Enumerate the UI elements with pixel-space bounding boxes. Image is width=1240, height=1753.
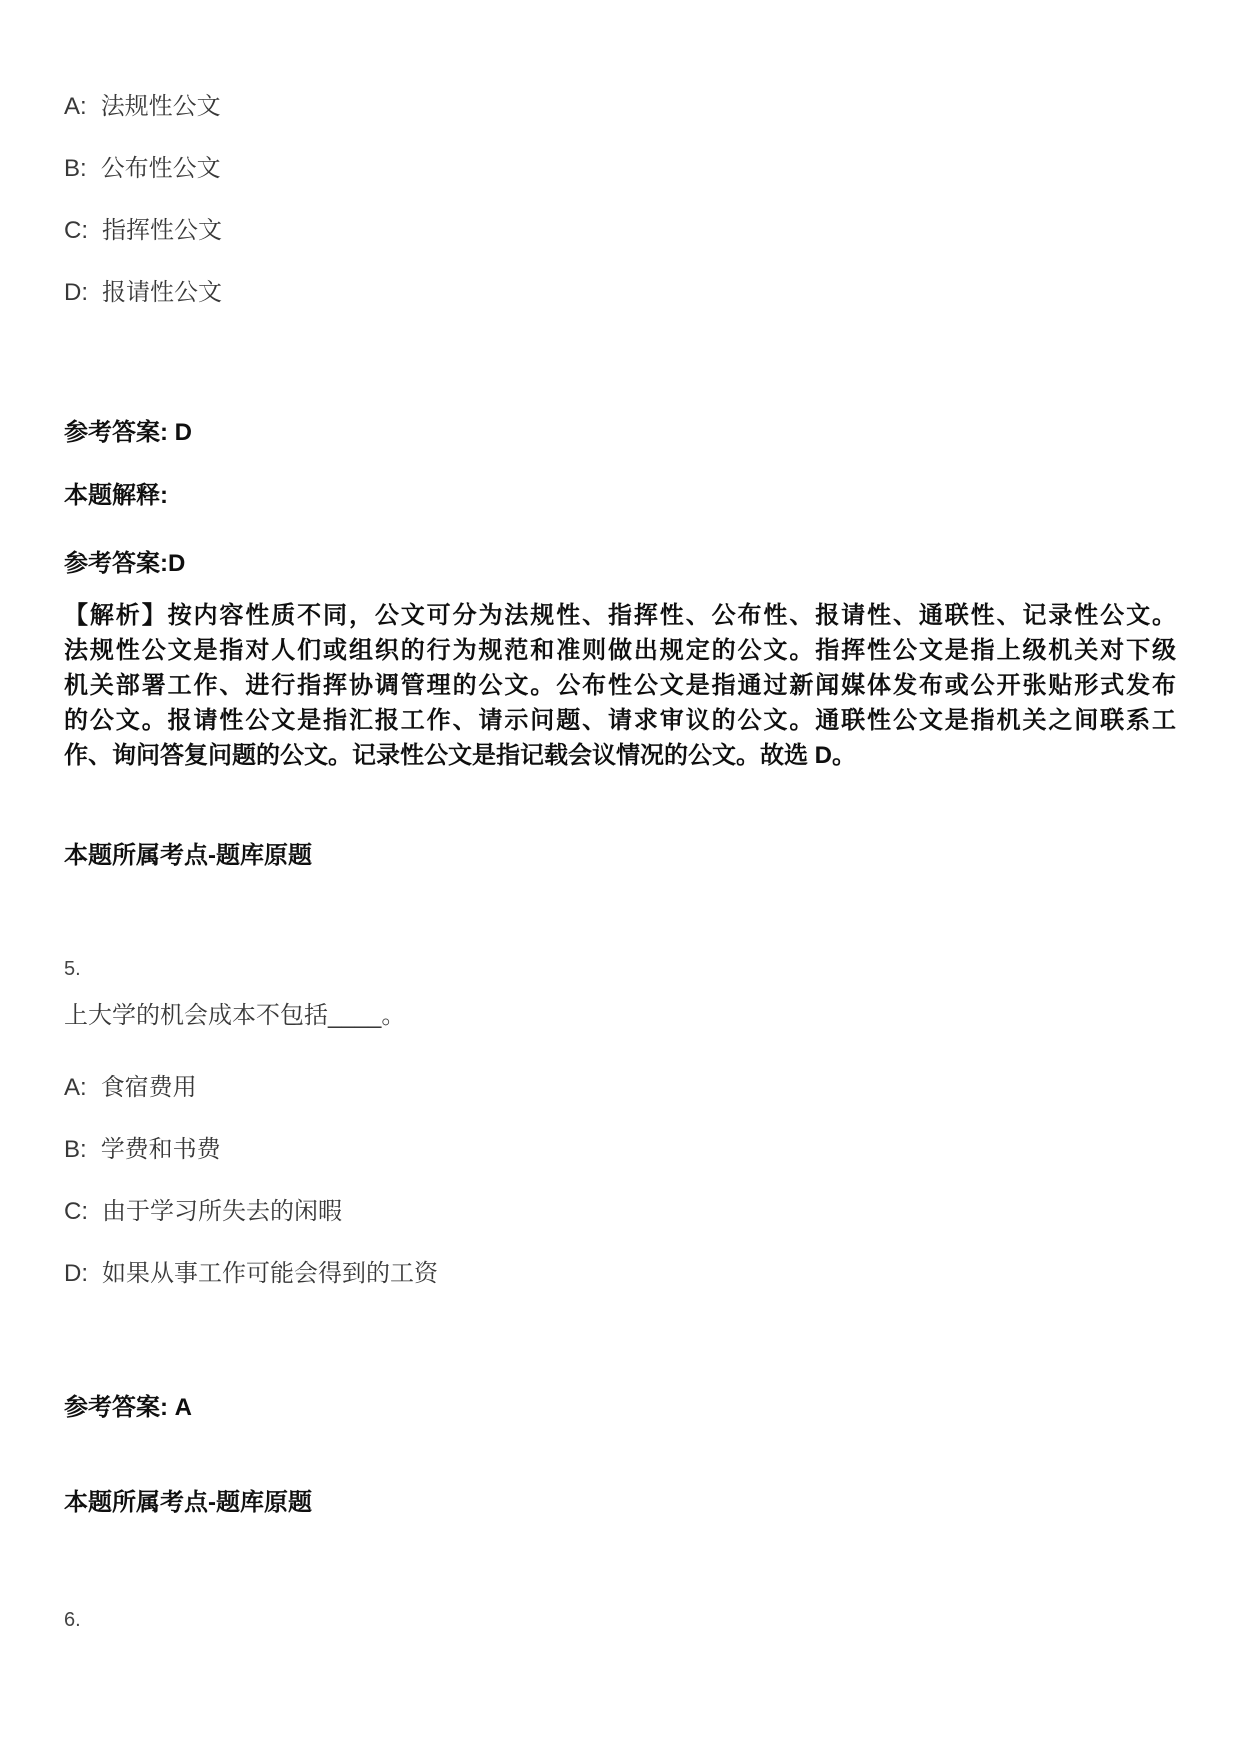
option-a-letter: A: [64, 1074, 87, 1101]
reference-answer-line: 参考答案: D [64, 418, 1176, 448]
option-a-text: 食宿费用 [101, 1074, 197, 1101]
option-a-text: 法规性公文 [101, 93, 221, 120]
section-label: 本题所属考点-题库原题 [64, 841, 1176, 871]
analysis-line-2: 法规性公文是指对人们或组织的行为规范和准则做出规定的公文。指挥性公文是指上级机关… [64, 633, 1176, 668]
question-4-options: A:法规性公文 B:公布性公文 C:指挥性公文 D:报请性公文 [64, 92, 1176, 308]
option-b-letter: B: [64, 1136, 87, 1163]
question-4-block: A:法规性公文 B:公布性公文 C:指挥性公文 D:报请性公文 参考答案: D … [64, 92, 1176, 871]
option-c-letter: C: [64, 1198, 88, 1225]
analysis-line-3: 机关部署工作、进行指挥协调管理的公文。公布性公文是指通过新闻媒体发布或公开张贴形… [64, 668, 1176, 703]
option-b: B:公布性公文 [64, 154, 1176, 184]
analysis-line-1: 【解析】按内容性质不同，公文可分为法规性、指挥性、公布性、报请性、通联性、记录性… [64, 598, 1176, 633]
option-d-text: 如果从事工作可能会得到的工资 [102, 1260, 438, 1287]
option-d: D:如果从事工作可能会得到的工资 [64, 1259, 1176, 1289]
option-c-text: 指挥性公文 [102, 217, 222, 244]
option-c-letter: C: [64, 217, 88, 244]
option-b-text: 公布性公文 [101, 155, 221, 182]
option-b-text: 学费和书费 [101, 1136, 221, 1163]
analysis-paragraph: 【解析】按内容性质不同，公文可分为法规性、指挥性、公布性、报请性、通联性、记录性… [64, 598, 1176, 773]
option-c: C:指挥性公文 [64, 216, 1176, 246]
section-label: 本题所属考点-题库原题 [64, 1488, 1176, 1518]
reference-answer-line: 参考答案: A [64, 1393, 1176, 1423]
question-5-options: A:食宿费用 B:学费和书费 C:由于学习所失去的闲暇 D:如果从事工作可能会得… [64, 1073, 1176, 1289]
option-d-text: 报请性公文 [102, 279, 222, 306]
option-d: D:报请性公文 [64, 278, 1176, 308]
reference-answer-repeat: 参考答案:D [64, 549, 1176, 579]
question-number: 5. [64, 957, 1176, 981]
explanation-label: 本题解释: [64, 481, 1176, 511]
analysis-line-4: 的公文。报请性公文是指汇报工作、请示问题、请求审议的公文。通联性公文是指机关之间… [64, 703, 1176, 738]
question-text: 上大学的机会成本不包括____。 [64, 1001, 1176, 1031]
question-5-block: 5. 上大学的机会成本不包括____。 A:食宿费用 B:学费和书费 C:由于学… [64, 957, 1176, 1518]
document-page: A:法规性公文 B:公布性公文 C:指挥性公文 D:报请性公文 参考答案: D … [0, 0, 1240, 1753]
option-c-text: 由于学习所失去的闲暇 [102, 1198, 342, 1225]
option-d-letter: D: [64, 279, 88, 306]
analysis-line-5: 作、询问答复问题的公文。记录性公文是指记载会议情况的公文。故选 D。 [64, 738, 1176, 773]
option-c: C:由于学习所失去的闲暇 [64, 1197, 1176, 1227]
option-a-letter: A: [64, 93, 87, 120]
question-6-block: 6. [64, 1608, 1176, 1632]
option-a: A:法规性公文 [64, 92, 1176, 122]
option-b-letter: B: [64, 155, 87, 182]
question-number: 6. [64, 1608, 1176, 1632]
option-b: B:学费和书费 [64, 1135, 1176, 1165]
option-a: A:食宿费用 [64, 1073, 1176, 1103]
option-d-letter: D: [64, 1260, 88, 1287]
